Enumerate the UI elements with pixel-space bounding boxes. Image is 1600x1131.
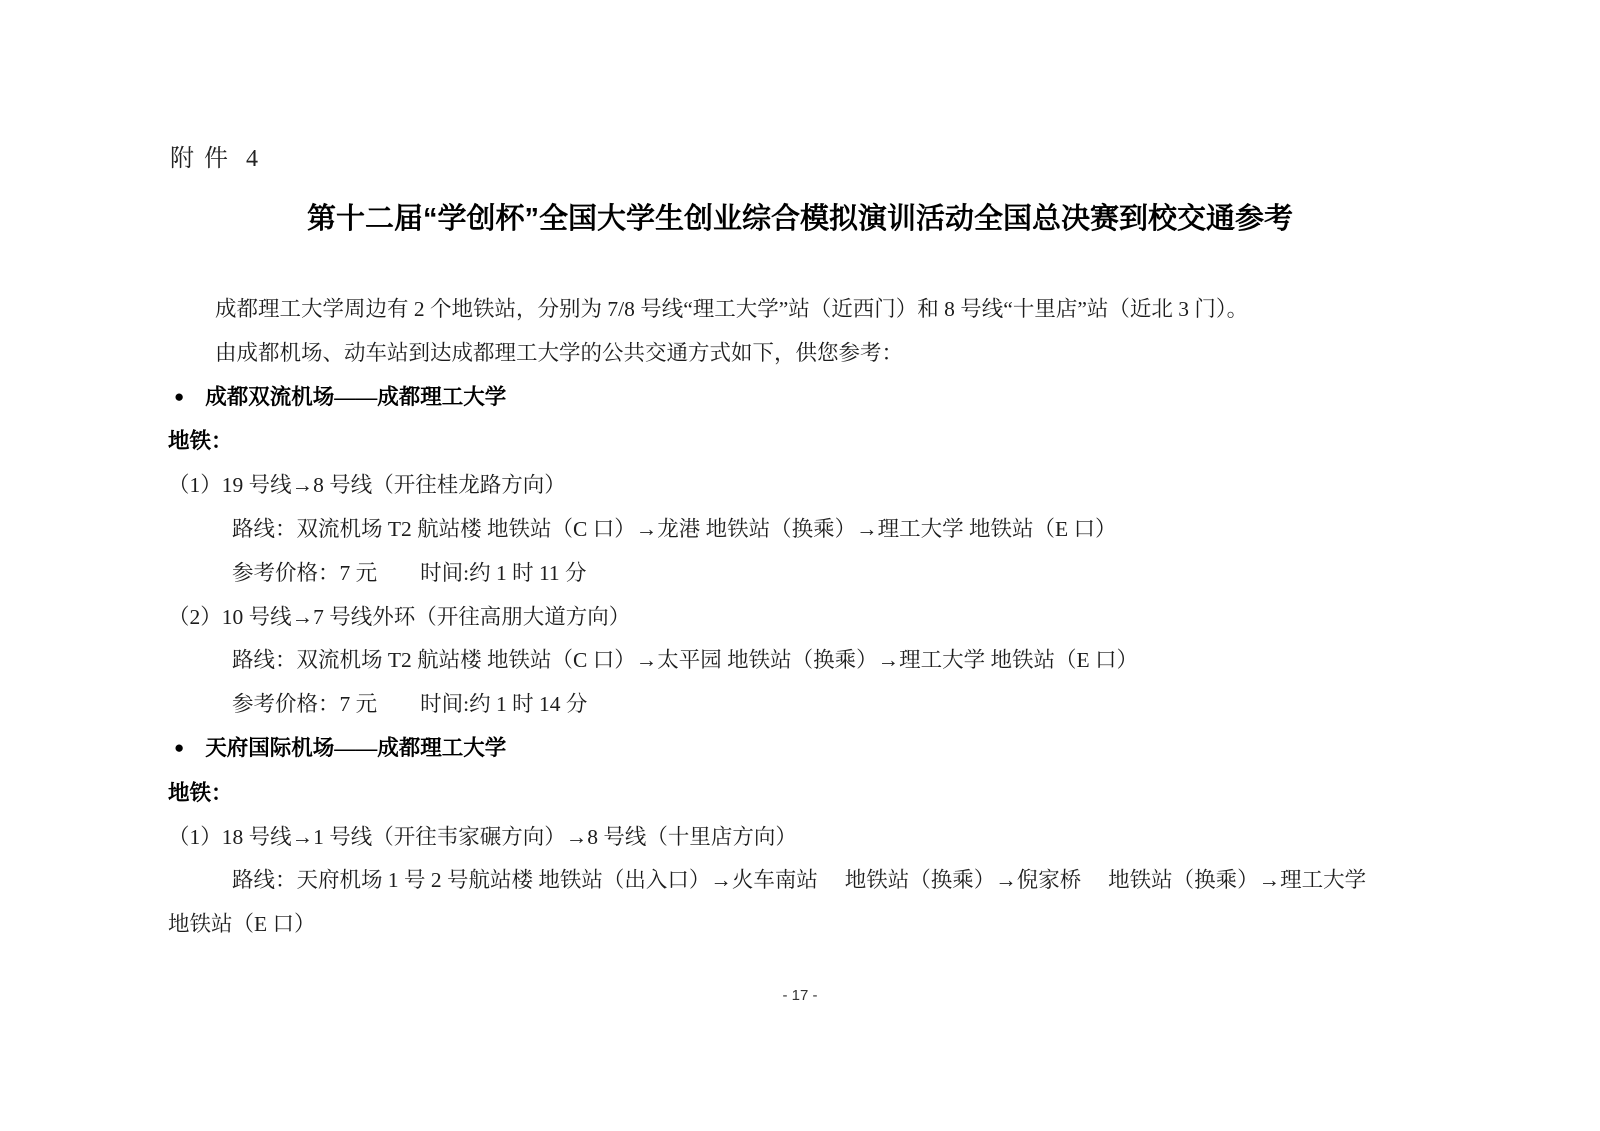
mode-label-metro-1: 地铁： [168,420,1432,464]
route-path-continued: 地铁站（E 口） [168,903,1432,947]
route-price-time: 参考价格：7 元 时间:约 1 时 11 分 [168,552,1432,596]
document-body: 成都理工大学周边有 2 个地铁站，分别为 7/8 号线“理工大学”站（近西门）和… [168,288,1432,947]
bullet-icon: ● [174,726,184,770]
route-price-time: 参考价格：7 元 时间:约 1 时 14 分 [168,683,1432,727]
bullet-icon: ● [174,375,184,419]
section-heading-label: 天府国际机场——成都理工大学 [205,727,506,771]
route-line-title: （2）10 号线→7 号线外环（开往高朋大道方向） [168,596,1432,640]
route-path: 路线：双流机场 T2 航站楼 地铁站（C 口）→太平园 地铁站（换乘）→理工大学… [168,639,1432,683]
section-heading-label: 成都双流机场——成都理工大学 [205,376,506,420]
document-page: { "doc": { "attachment_label": "附 件 4", … [0,0,1600,1131]
page-number: - 17 - [0,987,1600,1004]
attachment-label: 附 件 4 [170,143,260,175]
route-line-title: （1）18 号线→1 号线（开往韦家碾方向）→8 号线（十里店方向） [168,816,1432,860]
route-line-title: （1）19 号线→8 号线（开往桂龙路方向） [168,464,1432,508]
document-title: 第十二届“学创杯”全国大学生创业综合模拟演训活动全国总决赛到校交通参考 [100,201,1500,238]
mode-label-metro-2: 地铁： [168,772,1432,816]
route-path: 路线：双流机场 T2 航站楼 地铁站（C 口）→龙港 地铁站（换乘）→理工大学 … [168,508,1432,552]
section-heading-shuangliu: ● 成都双流机场——成都理工大学 [168,376,1432,421]
route-path: 路线：天府机场 1 号 2 号航站楼 地铁站（出入口）→火车南站 地铁站（换乘）… [168,859,1432,903]
intro-paragraph-2: 由成都机场、动车站到达成都理工大学的公共交通方式如下，供您参考： [168,332,1432,376]
section-heading-tianfu: ● 天府国际机场——成都理工大学 [168,727,1432,772]
intro-paragraph-1: 成都理工大学周边有 2 个地铁站，分别为 7/8 号线“理工大学”站（近西门）和… [168,288,1432,332]
